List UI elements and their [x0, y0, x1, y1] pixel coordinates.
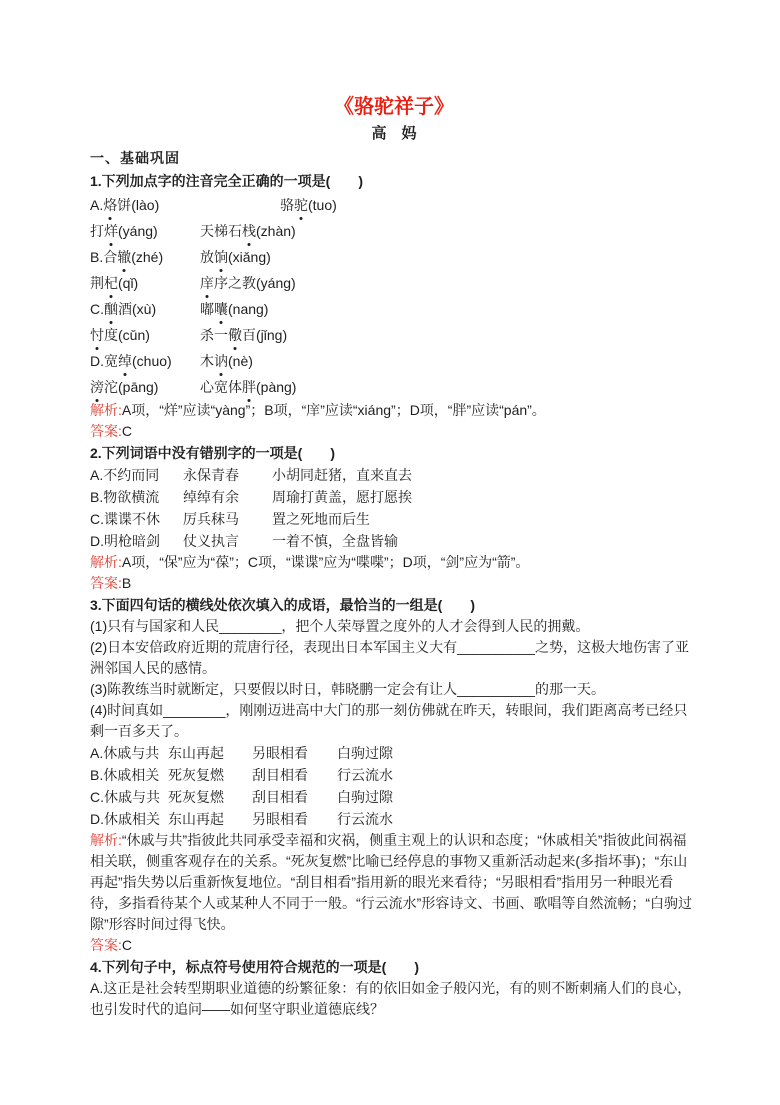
q3-analysis: 解析:“休戚与共”指彼此共同承受幸福和灾祸，侧重主观上的认识和态度；“休戚相关”…	[90, 830, 698, 935]
chapter-subtitle: 高 妈	[90, 120, 698, 147]
q1-term: 滂沱(pāng)	[90, 374, 200, 400]
term-pre: 荆	[90, 275, 104, 291]
q3-option-row: C.休戚与共死灰复燃刮目相看白驹过隙	[90, 786, 698, 808]
q1-term: 庠序之教(yáng)	[200, 270, 698, 296]
analysis-text: A项，“烊”应读“yàng”；B项，“庠”应读“xiáng”；D项，“胖”应读“…	[122, 402, 546, 418]
q1-term: B.合辙(zhé)	[90, 244, 200, 270]
answer-label: 答案:	[90, 423, 122, 439]
q1-option-row: B.合辙(zhé) 放饷(xiǎng)	[90, 244, 698, 270]
option-item: 小胡同赶猪，直来直去	[272, 464, 698, 486]
q1-term: 木讷(nè)	[200, 348, 698, 374]
answer-value: B	[122, 575, 131, 591]
option-item: 置之死地而后生	[272, 508, 698, 530]
analysis-label: 解析:	[90, 402, 122, 418]
q1-term: 荆杞(qǐ)	[90, 270, 200, 296]
dotted-char: 辙	[117, 244, 131, 270]
option-item: 绰绰有余	[183, 486, 272, 508]
q3-sentence: (3)陈教练当时就断定，只要假以时日，韩晓鹏一定会有让人__________的那…	[90, 679, 698, 700]
q3-answer: 答案:C	[90, 935, 698, 956]
term-post: (nè)	[228, 353, 253, 369]
q1-option-row: 滂沱(pāng) 心宽体胖(pàng)	[90, 374, 698, 400]
q1-term: 骆驼(tuo)	[280, 192, 698, 218]
q3-stem: 3.下面四句话的横线处依次填入的成语，最恰当的一组是( )	[90, 594, 698, 616]
q3-option-row: B.休戚相关死灰复燃刮目相看行云流水	[90, 764, 698, 786]
term-pre: C.	[90, 301, 104, 317]
analysis-label: 解析:	[90, 832, 122, 848]
dotted-char: 庠	[200, 270, 214, 296]
term-pre: 放	[200, 249, 214, 265]
q2-option-row: B.物欲横流绰绰有余周瑜打黄盖，愿打愿挨	[90, 486, 698, 508]
option-item: 白驹过隙	[337, 742, 698, 764]
term-post: (pàng)	[256, 379, 296, 395]
answer-label: 答案:	[90, 937, 122, 953]
q2-stem: 2.下列词语中没有错别字的一项是( )	[90, 442, 698, 464]
option-item: 行云流水	[337, 808, 698, 830]
dotted-char: 栈	[242, 218, 256, 244]
option-item: 厉兵秣马	[183, 508, 272, 530]
option-item: D.休戚相关	[90, 808, 168, 830]
term-pre: 骆	[280, 197, 294, 213]
section-heading: 一、基础巩固	[90, 147, 698, 170]
option-item: A.不约而同	[90, 464, 183, 486]
option-item: C.休戚与共	[90, 786, 168, 808]
q1-analysis: 解析:A项，“烊”应读“yàng”；B项，“庠”应读“xiáng”；D项，“胖”…	[90, 400, 698, 421]
term-post: (zhàn)	[256, 223, 296, 239]
term-post: (tuo)	[308, 197, 337, 213]
term-pre: B.合	[90, 249, 117, 265]
q2-analysis: 解析:A项，“保”应为“葆”；C项，“谍谍”应为“喋喋”；D项，“剑”应为“箭”…	[90, 552, 698, 573]
answer-value: C	[122, 423, 132, 439]
option-item: B.物欲横流	[90, 486, 183, 508]
option-item: 刮目相看	[252, 764, 337, 786]
term-post: 沱(pāng)	[104, 379, 158, 395]
q1-option-row: 荆杞(qǐ) 庠序之教(yáng)	[90, 270, 698, 296]
q4-option-a: A.这正是社会转型期职业道德的纷繁征象：有的依旧如金子般闪光，有的则不断刺痛人们…	[90, 978, 698, 1020]
q3-sentence: (2)日本安倍政府近期的荒唐行径，表现出日本军国主义大有__________之势…	[90, 637, 698, 679]
dotted-char: 饷	[214, 244, 228, 270]
q3-option-row: D.休戚相关东山再起另眼相看行云流水	[90, 808, 698, 830]
q1-term: C.酗酒(xù)	[90, 296, 200, 322]
dotted-char: 绰	[118, 348, 132, 374]
q2-option-row: D.明枪暗剑仗义执言一着不慎，全盘皆输	[90, 530, 698, 552]
term-pre: A.	[90, 197, 103, 213]
term-post: 度(cǔn)	[104, 327, 150, 343]
analysis-text: A项，“保”应为“葆”；C项，“谍谍”应为“喋喋”；D项，“剑”应为“箭”。	[122, 554, 530, 570]
q1-option-row: 打烊(yáng) 天梯石栈(zhàn)	[90, 218, 698, 244]
page-title: 《骆驼祥子》	[90, 94, 698, 120]
q1-option-row: C.酗酒(xù) 嘟囔(nang)	[90, 296, 698, 322]
q3-sentence: (1)只有与国家和人民________，把个人荣辱置之度外的人才会得到人民的拥戴…	[90, 616, 698, 637]
dotted-char: 滂	[90, 374, 104, 400]
dotted-char: 儆	[228, 322, 242, 348]
q3-sentence: (4)时间真如________，刚刚迈进高中大门的那一刻仿佛就在昨天，转眼间，我…	[90, 700, 698, 742]
q1-term: 放饷(xiǎng)	[200, 244, 698, 270]
term-post: (xiǎng)	[228, 249, 271, 265]
analysis-label: 解析:	[90, 554, 122, 570]
q1-term: 忖度(cǔn)	[90, 322, 200, 348]
option-item: 另眼相看	[252, 808, 337, 830]
term-post: (qǐ)	[118, 275, 138, 291]
option-item: 东山再起	[168, 742, 252, 764]
q1-term: 杀一儆百(jǐng)	[200, 322, 698, 348]
term-post: (nang)	[228, 301, 268, 317]
dotted-char: 烙	[103, 192, 117, 218]
term-post: 饼(lào)	[117, 197, 159, 213]
term-pre: 打	[90, 223, 104, 239]
q1-answer: 答案:C	[90, 421, 698, 442]
option-item: 白驹过隙	[337, 786, 698, 808]
option-item: D.明枪暗剑	[90, 530, 183, 552]
q1-term: A.烙饼(lào)	[90, 192, 280, 218]
q2-option-row: C.谍谍不休厉兵秣马置之死地而后生	[90, 508, 698, 530]
dotted-char: 酗	[104, 296, 118, 322]
term-post: (yáng)	[118, 223, 158, 239]
term-post: (chuo)	[132, 353, 172, 369]
option-item: 死灰复燃	[168, 786, 252, 808]
term-pre: 木	[200, 353, 214, 369]
dotted-char: 胖	[242, 374, 256, 400]
option-item: 一着不慎，全盘皆输	[272, 530, 698, 552]
option-item: 刮目相看	[252, 786, 337, 808]
q1-term: 天梯石栈(zhàn)	[200, 218, 698, 244]
option-item: A.休戚与共	[90, 742, 168, 764]
term-pre: D.宽	[90, 353, 118, 369]
analysis-text: “休戚与共”指彼此共同承受幸福和灾祸，侧重主观上的认识和态度；“休戚相关”指彼此…	[90, 832, 692, 932]
q1-term: 心宽体胖(pàng)	[200, 374, 698, 400]
term-post: 序之教(yáng)	[214, 275, 296, 291]
answer-label: 答案:	[90, 575, 122, 591]
option-item: 死灰复燃	[168, 764, 252, 786]
q1-term: 嘟囔(nang)	[200, 296, 698, 322]
q1-term: D.宽绰(chuo)	[90, 348, 200, 374]
term-pre: 杀一	[200, 327, 228, 343]
option-item: 周瑜打黄盖，愿打愿挨	[272, 486, 698, 508]
q1-term: 打烊(yáng)	[90, 218, 200, 244]
term-pre: 天梯石	[200, 223, 242, 239]
dotted-char: 杞	[104, 270, 118, 296]
term-post: 酒(xù)	[118, 301, 156, 317]
q2-answer: 答案:B	[90, 573, 698, 594]
dotted-char: 驼	[294, 192, 308, 218]
term-post: (zhé)	[131, 249, 163, 265]
dotted-char: 囔	[214, 296, 228, 322]
q4-stem: 4.下列句子中，标点符号使用符合规范的一项是( )	[90, 956, 698, 978]
q1-option-row: 忖度(cǔn) 杀一儆百(jǐng)	[90, 322, 698, 348]
q1-option-row: D.宽绰(chuo) 木讷(nè)	[90, 348, 698, 374]
answer-value: C	[122, 937, 132, 953]
option-item: 仗义执言	[183, 530, 272, 552]
option-item: 另眼相看	[252, 742, 337, 764]
dotted-char: 烊	[104, 218, 118, 244]
option-item: 东山再起	[168, 808, 252, 830]
term-pre: 心宽体	[200, 379, 242, 395]
term-pre: 嘟	[200, 301, 214, 317]
q2-option-row: A.不约而同永保青春小胡同赶猪，直来直去	[90, 464, 698, 486]
q1-stem: 1.下列加点字的注音完全正确的一项是( )	[90, 170, 698, 192]
option-item: B.休戚相关	[90, 764, 168, 786]
option-item: 行云流水	[337, 764, 698, 786]
term-post: 百(jǐng)	[242, 327, 287, 343]
q3-option-row: A.休戚与共东山再起另眼相看白驹过隙	[90, 742, 698, 764]
q1-option-row: A.烙饼(lào) 骆驼(tuo)	[90, 192, 698, 218]
option-item: C.谍谍不休	[90, 508, 183, 530]
option-item: 永保青春	[183, 464, 272, 486]
dotted-char: 讷	[214, 348, 228, 374]
dotted-char: 忖	[90, 322, 104, 348]
worksheet-page: 《骆驼祥子》 高 妈 一、基础巩固 1.下列加点字的注音完全正确的一项是( ) …	[90, 94, 698, 1020]
